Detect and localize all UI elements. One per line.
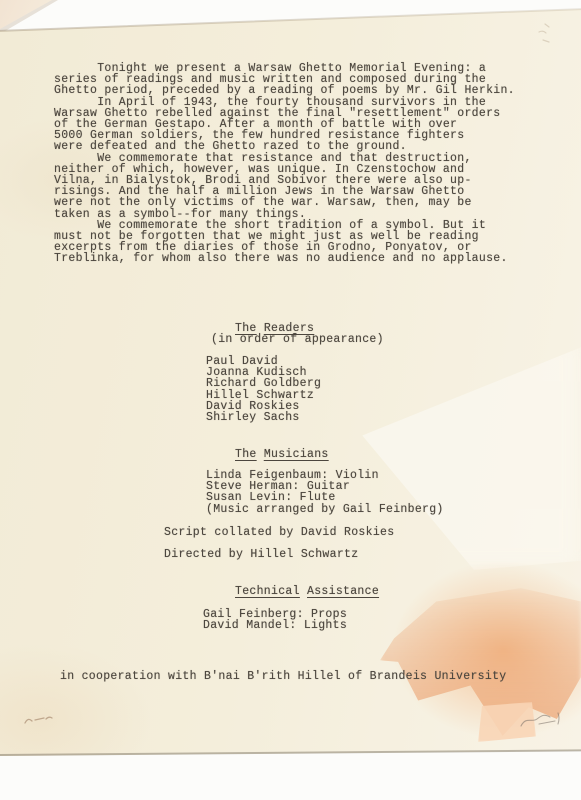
musicians-heading: The Musicians bbox=[235, 449, 329, 460]
musicians-list: Linda Feigenbaum: Violin Steve Herman: G… bbox=[206, 470, 444, 515]
intro-paragraphs: Tonight we present a Warsaw Ghetto Memor… bbox=[54, 63, 515, 265]
technical-heading-word1: Technical bbox=[235, 585, 300, 598]
readers-list: Paul David Joanna Kudisch Richard Goldbe… bbox=[206, 356, 321, 423]
pencil-scribble-bottom-right-icon bbox=[518, 708, 568, 734]
technical-heading: Technical Assistance bbox=[235, 586, 379, 597]
technical-list: Gail Feinberg: Props David Mandel: Light… bbox=[203, 609, 347, 631]
director-credit-line: Directed by Hillel Schwartz bbox=[164, 549, 358, 560]
scanned-program-page: Tonight we present a Warsaw Ghetto Memor… bbox=[0, 0, 581, 800]
pencil-mark-top-right-icon bbox=[521, 20, 557, 54]
musicians-heading-word1: The bbox=[235, 448, 257, 461]
script-credit-line: Script collated by David Roskies bbox=[164, 527, 394, 538]
cooperation-footer-line: in cooperation with B'nai B'rith Hillel … bbox=[60, 671, 506, 682]
paper-sheet: Tonight we present a Warsaw Ghetto Memor… bbox=[0, 0, 581, 800]
readers-subheading: (in order of appearance) bbox=[211, 334, 384, 345]
technical-heading-word2: Assistance bbox=[307, 585, 379, 598]
pencil-mark-bottom-left-icon bbox=[22, 712, 56, 730]
musicians-heading-word2: Musicians bbox=[264, 448, 329, 461]
